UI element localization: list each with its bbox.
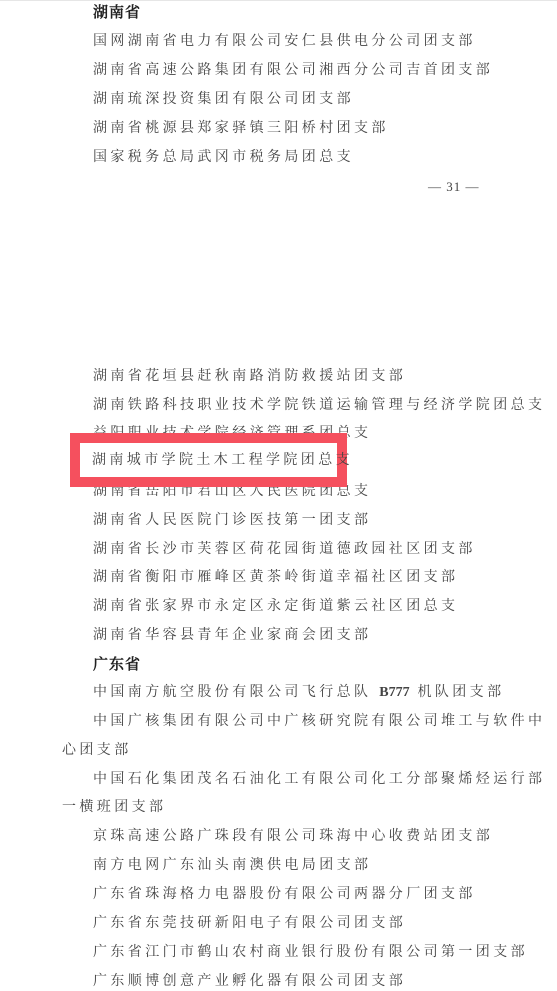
section-heading-hunan: 湖南省	[93, 3, 141, 21]
item-text: B777	[379, 685, 409, 700]
list-item: 广东省江门市鹤山农村商业银行股份有限公司第一团支部	[93, 943, 528, 961]
list-item: 广东省东莞技研新阳电子有限公司团支部	[93, 914, 406, 932]
list-item: 湖南省桃源县郑家驿镇三阳桥村团支部	[93, 119, 389, 137]
list-item: 京珠高速公路广珠段有限公司珠海中心收费站团支部	[93, 827, 493, 845]
item-text: 中国南方航空股份有限公司飞行总队	[93, 684, 371, 700]
section-heading-guangdong: 广东省	[93, 655, 141, 673]
list-item-continuation: 心团支部	[62, 741, 132, 759]
list-item: 湖南省华容县青年企业家商会团支部	[93, 626, 371, 644]
list-item: 湖南铁路科技职业技术学院铁道运输管理与经济学院团总支	[93, 396, 545, 414]
list-item: 湖南省张家界市永定区永定街道紫云社区团总支	[93, 597, 458, 615]
list-item: 湖南省人民医院门诊医技第一团支部	[93, 511, 371, 529]
list-item: 国网湖南省电力有限公司安仁县供电分公司团支部	[93, 32, 476, 50]
list-item: 湖南省高速公路集团有限公司湘西分公司吉首团支部	[93, 61, 493, 79]
list-item: 湖南琉深投资集团有限公司团支部	[93, 90, 354, 108]
list-item: 湖南省花垣县赶秋南路消防救援站团支部	[93, 367, 406, 385]
list-item: 中国石化集团茂名石油化工有限公司化工分部聚烯烃运行部	[93, 770, 545, 788]
list-item: 广东顺博创意产业孵化器有限公司团支部	[93, 972, 406, 990]
item-text: 机队团支部	[417, 684, 504, 700]
page-number: — 31 —	[428, 179, 480, 195]
list-item: 湖南省衡阳市雁峰区黄茶岭街道幸福社区团支部	[93, 568, 458, 586]
page-top-edge	[0, 0, 557, 1]
list-item: 湖南省长沙市芙蓉区荷花园街道德政园社区团支部	[93, 540, 476, 558]
list-item-continuation: 一横班团支部	[62, 798, 166, 816]
list-item: 广东省珠海格力电器股份有限公司两器分厂团支部	[93, 885, 476, 903]
highlighted-item: 湖南城市学院土木工程学院团总支	[92, 451, 353, 469]
list-item: 南方电网广东汕头南澳供电局团支部	[93, 856, 371, 874]
list-item: 中国南方航空股份有限公司飞行总队 B777 机队团支部	[93, 683, 504, 702]
list-item: 国家税务总局武冈市税务局团总支	[93, 148, 354, 166]
list-item: 中国广核集团有限公司中广核研究院有限公司堆工与软件中	[93, 712, 545, 730]
highlight-box: 湖南城市学院土木工程学院团总支	[70, 433, 347, 487]
